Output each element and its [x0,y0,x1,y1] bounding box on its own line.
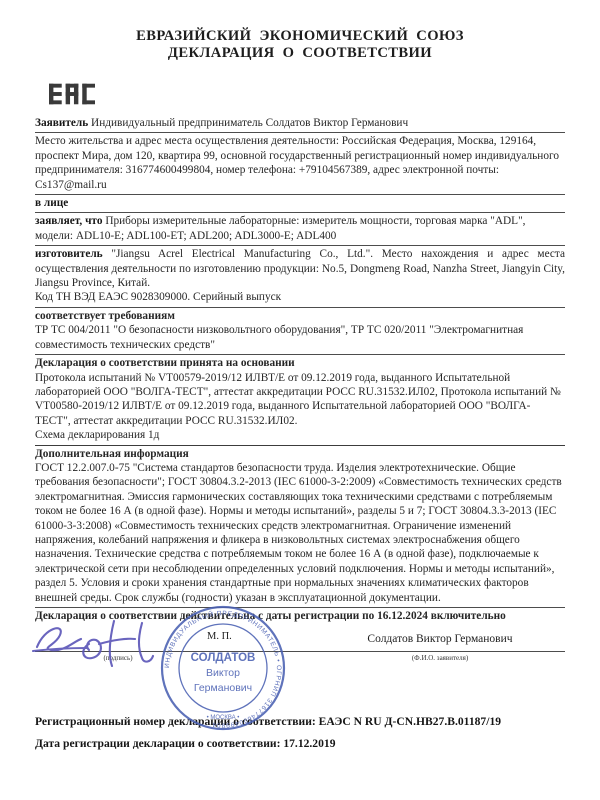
stamp-center-surname: СОЛДАТОВ [191,652,256,664]
in-person-label: в лице [35,197,68,209]
requirements-label: соответствует требованиям [35,309,565,323]
registration-number-line: Регистрационный номер декларации о соотв… [35,715,565,728]
document-title: ЕВРАЗИЙСКИЙ ЭКОНОМИЧЕСКИЙ СОЮЗ ДЕКЛАРАЦИ… [0,0,600,62]
basis-value: Протокола испытаний № VT00579-2019/12 ИЛ… [35,371,565,429]
additional-info-value: ГОСТ 12.2.007.0-75 "Система стандартов б… [35,461,565,605]
stamp-city-text: • МОСКВА • [207,715,240,721]
declaration-scheme-line: Схема декларирования 1д [35,428,565,442]
basis-row: Декларация о соответствии принята на осн… [35,355,565,445]
tnved-code-line: Код ТН ВЭД ЕАЭС 9028309000. Серийный вып… [35,290,565,304]
round-stamp: ИНДИВИДУАЛЬНЫЙ ПРЕДПРИНИМАТЕЛЬ • ОГРНИП … [158,603,288,733]
applicant-fio: Солдатов Виктор Германович [315,633,565,645]
applicant-address-text: Место жительства и адрес места осуществл… [35,134,565,192]
fio-caption: (Ф.И.О. заявителя) [315,654,565,662]
handwritten-signature [29,615,179,667]
signature-area: М. П. Солдатов Виктор Германович (подпис… [35,625,565,699]
manufacturer-row: изготовитель "Jiangsu Acrel Electrical M… [35,246,565,308]
requirements-row: соответствует требованиям ТР ТС 004/2011… [35,308,565,355]
applicant-address-row: Место жительства и адрес места осуществл… [35,133,565,195]
in-person-row: в лице [35,195,565,213]
declares-value: Приборы измерительные лабораторные: изме… [35,215,526,241]
applicant-value: Индивидуальный предприниматель Солдатов … [91,117,408,129]
manufacturer-value: "Jiangsu Acrel Electrical Manufacturing … [35,248,565,289]
eac-conformity-mark-icon [49,73,95,115]
basis-label: Декларация о соответствии принята на осн… [35,356,565,370]
applicant-row: Заявитель Индивидуальный предприниматель… [35,115,565,133]
title-union: ЕВРАЗИЙСКИЙ ЭКОНОМИЧЕСКИЙ СОЮЗ [0,28,600,45]
declaration-document: ЕВРАЗИЙСКИЙ ЭКОНОМИЧЕСКИЙ СОЮЗ ДЕКЛАРАЦИ… [0,0,600,800]
applicant-label: Заявитель [35,117,88,129]
manufacturer-label: изготовитель [35,248,103,260]
registration-date-line: Дата регистрации декларации о соответств… [35,737,565,750]
declares-label: заявляет, что [35,215,102,227]
requirements-value: ТР ТС 004/2011 "О безопасности низковоль… [35,323,565,352]
additional-info-label: Дополнительная информация [35,447,565,461]
additional-info-row: Дополнительная информация ГОСТ 12.2.007.… [35,446,565,608]
declares-row: заявляет, что Приборы измерительные лабо… [35,213,565,246]
stamp-center-name: Виктор [206,667,240,679]
title-declaration: ДЕКЛАРАЦИЯ О СООТВЕТСТВИИ [0,45,600,62]
stamp-center-patronymic: Германович [194,682,252,694]
